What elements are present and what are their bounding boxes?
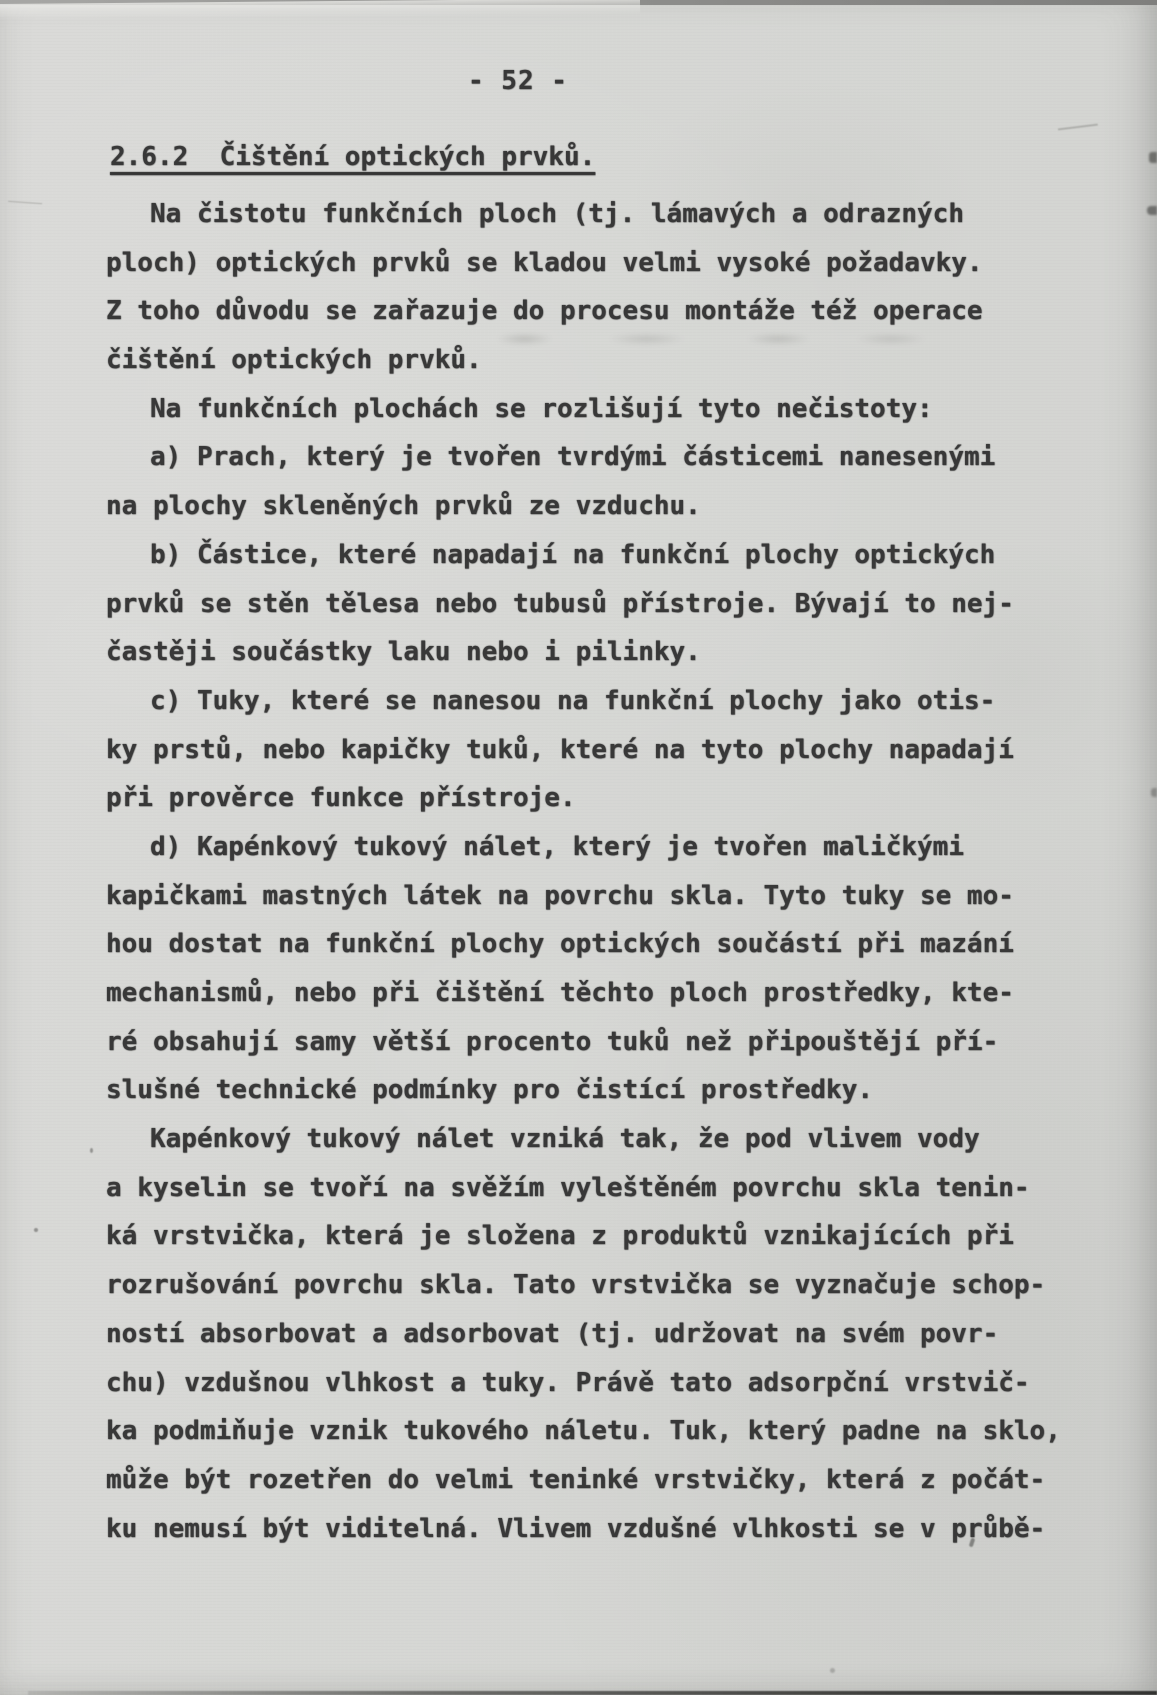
text-line: čištění optických prvků. [106,336,1116,385]
pencil-mark [1058,124,1098,133]
text-line: slušné technické podmínky pro čistící pr… [106,1066,1116,1115]
scan-edge-mark [1147,206,1157,215]
text-line: ka podmiňuje vznik tukového náletu. Tuk,… [106,1407,1116,1456]
text-line: a kyselin se tvoří na svěžím vyleštěném … [106,1164,1116,1213]
text-line: mechanismů, nebo při čištění těchto ploc… [106,969,1116,1018]
scan-edge-bottom [28,1691,1157,1695]
text-line: chu) vzdušnou vlhkost a tuky. Právě tato… [106,1359,1116,1408]
text-line: na plochy skleněných prvků ze vzduchu. [106,482,1116,531]
text-line: a) Prach, který je tvořen tvrdými částic… [106,433,1116,482]
text-line: ploch) optických prvků se kladou velmi v… [106,239,1116,288]
scan-edge-top [0,0,1157,5]
text-line: kapičkami mastných látek na povrchu skla… [106,872,1116,921]
scan-edge-mark [1151,788,1157,797]
text-line: prvků se stěn tělesa nebo tubusů přístro… [106,580,1116,629]
text-line: ky prstů, nebo kapičky tuků, které na ty… [106,726,1116,775]
paper-edge-highlight [0,0,640,20]
page-number: - 52 - [468,66,568,96]
text-line: ré obsahují samy větší procento tuků než… [106,1018,1116,1067]
section-heading: 2.6.2 Čištění optických prvků. [110,142,595,172]
body-lines: Na čistotu funkčních ploch (tj. lámavých… [106,190,1116,1553]
text-line: b) Částice, které napadají na funkční pl… [106,531,1116,580]
paper-speck [90,1148,93,1153]
text-line: hou dostat na funkční plochy optických s… [106,920,1116,969]
scan-edge-mark [1149,152,1157,163]
text-line: Z toho důvodu se zařazuje do procesu mon… [106,287,1116,336]
paper-scratch [8,201,42,207]
text-line: Na funkčních plochách se rozlišují tyto … [106,385,1116,434]
text-line: při prověrce funkce přístroje. [106,774,1116,823]
paper-speck [34,1228,38,1232]
paper-speck [830,1668,835,1673]
scanned-document-page: - 52 - 2.6.2 Čištění optických prvků. Na… [0,0,1157,1695]
text-line: d) Kapénkový tukový nálet, který je tvoř… [106,823,1116,872]
text-line: ností absorbovat a adsorbovat (tj. udržo… [106,1310,1116,1359]
text-line: častěji součástky laku nebo i pilinky. [106,628,1116,677]
text-line: Na čistotu funkčních ploch (tj. lámavých… [106,190,1116,239]
text-line: ká vrstvička, která je složena z produkt… [106,1212,1116,1261]
text-line: rozrušování povrchu skla. Tato vrstvička… [106,1261,1116,1310]
text-line: ku nemusí být viditelná. Vlivem vzdušné … [106,1505,1116,1554]
text-line: může být rozetřen do velmi teninké vrstv… [106,1456,1116,1505]
text-line: Kapénkový tukový nálet vzniká tak, že po… [106,1115,1116,1164]
text-line: c) Tuky, které se nanesou na funkční plo… [106,677,1116,726]
